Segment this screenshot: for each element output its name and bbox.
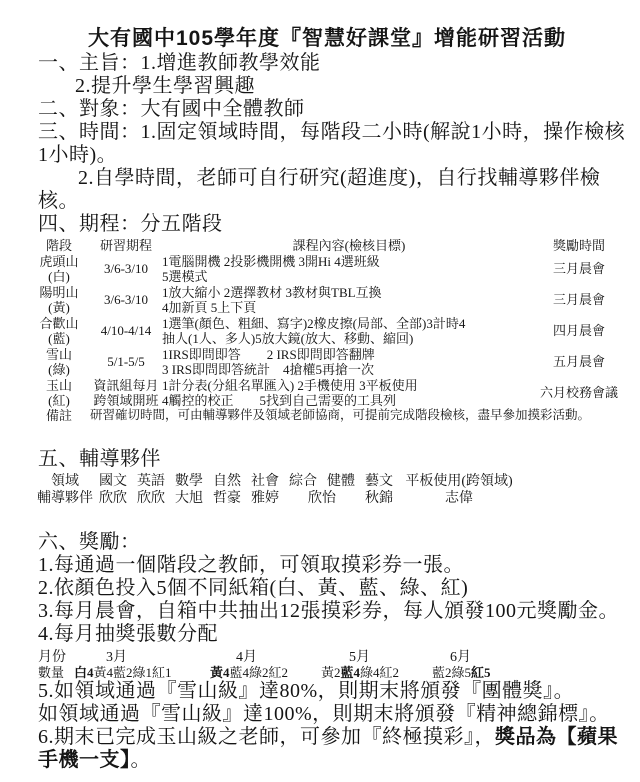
quantity-token: 黃2 — [321, 665, 341, 680]
period-cell: 3/6-3/10 — [90, 253, 162, 284]
content-cell: 1IRS即問即答 2 IRS即問即答翻牌3 IRS即問即答統計 4搶權5再搶一次 — [162, 346, 536, 377]
quantity-token: 藍2綠5 — [432, 665, 471, 680]
quantity-token: 藍4 — [341, 665, 361, 680]
partner-name-cell: 哲豪 — [208, 490, 246, 507]
reward-item-2: 2.依顏色投入5個不同紙箱(白、黃、藍、綠、紅) — [38, 577, 616, 600]
quantity-token: 紅5 — [471, 665, 491, 680]
spacer — [38, 507, 616, 531]
content-cell: 1放大縮小 2選擇教材 3教材與TBL互換4加新頁 5上下頁 — [162, 284, 536, 315]
schedule-note-row: 備註 研習確切時間，可由輔導夥伴及領域老師協商，可提前完成階段檢核，盡早參加摸彩… — [28, 408, 622, 423]
partner-name-cell: 雅婷 — [246, 490, 284, 507]
cell-line: (黃) — [28, 300, 90, 315]
schedule-header-period: 研習期程 — [90, 238, 162, 253]
reward-cell: 五月晨會 — [536, 346, 622, 377]
cell-line: 3/6-3/10 — [90, 292, 162, 307]
cell-line: (白) — [28, 269, 90, 284]
domain-cell: 平板使用(跨領域) — [398, 473, 520, 490]
cell-line: 3 IRS即問即答統計 4搶權5再搶一次 — [162, 362, 536, 377]
spacer — [38, 423, 616, 448]
partner-name-cell: 志偉 — [398, 490, 520, 507]
purpose-line-2: 2.提升學生學習興趣 — [38, 75, 616, 98]
partners-table: 領域國文英語數學自然社會綜合健體藝文平板使用(跨領域)輔導夥伴欣欣欣欣大旭哲豪雅… — [36, 473, 520, 507]
partners-heading: 五、輔導夥伴 — [38, 448, 616, 471]
stage-cell: 雪山(綠) — [28, 346, 90, 377]
period-cell: 資訊組每月跨領域開班 — [90, 377, 162, 408]
schedule-table: 階段 研習期程 課程內容(檢核目標) 獎勵時間 虎頭山(白)3/6-3/101電… — [28, 238, 622, 423]
reward-cell: 六月校務會議 — [536, 377, 622, 408]
reward-item-6: 6.期末已完成玉山級之老師，可參加『終極摸彩』，獎品為【蘋果手機一支】。 — [38, 726, 623, 772]
partner-name-cell: 欣怡 — [284, 490, 360, 507]
domain-label: 領域 — [36, 473, 94, 490]
month-cell: 4月 — [210, 650, 321, 665]
cell-line: 虎頭山 — [28, 254, 90, 269]
cell-line: 玉山 — [28, 378, 90, 393]
quantity-token: 白4 — [74, 665, 94, 680]
quantity-token: 藍4綠2紅2 — [230, 665, 289, 680]
stage-cell: 陽明山(黃) — [28, 284, 90, 315]
schedule-row: 陽明山(黃)3/6-3/101放大縮小 2選擇教材 3教材與TBL互換4加新頁 … — [28, 284, 622, 315]
target-line: 二、對象：大有國中全體教師 — [38, 98, 616, 121]
cell-line: 1計分表(分組名單匯入) 2手機使用 3平板使用 — [162, 378, 536, 393]
cell-line: 抽人(1人、多人)5放大鏡(放大、移動、縮回) — [162, 331, 536, 346]
cell-line: 4/10-4/14 — [90, 323, 162, 338]
quantity-cell: 黃2藍4綠4紅2 — [321, 665, 432, 680]
cell-line: 陽明山 — [28, 285, 90, 300]
schedule-row: 玉山(紅)資訊組每月跨領域開班1計分表(分組名單匯入) 2手機使用 3平板使用4… — [28, 377, 622, 408]
partner-name-cell: 大旭 — [170, 490, 208, 507]
month-label: 月份 — [38, 650, 74, 665]
purpose-line-1: 一、主旨：1.增進教師教學效能 — [38, 52, 616, 75]
reward-item-1: 1.每通過一個階段之教師，可領取摸彩券一張。 — [38, 554, 616, 577]
reward-item-5b: 如領域通過『雪山級』達100%，則期末將頒發『精神總錦標』。 — [38, 703, 616, 726]
partner-name-cell: 秋錦 — [360, 490, 398, 507]
schedule-header-stage: 階段 — [28, 238, 90, 253]
document-page: 大有國中105學年度『智慧好課堂』增能研習活動 一、主旨：1.增進教師教學效能 … — [0, 0, 640, 782]
quantity-token: 黃4 — [210, 665, 230, 680]
quantity-row: 數量 白4黃4藍2綠1紅1黃4藍4綠2紅2黃2藍4綠4紅2藍2綠5紅5 — [38, 665, 540, 680]
period-cell: 5/1-5/5 — [90, 346, 162, 377]
cell-line: (紅) — [28, 393, 90, 408]
partner-domain-row: 領域國文英語數學自然社會綜合健體藝文平板使用(跨領域) — [36, 473, 520, 490]
content-cell: 1電腦開機 2投影機開機 3開Hi 4選班級5選模式 — [162, 253, 536, 284]
month-row: 月份 3月4月5月6月 — [38, 650, 540, 665]
content-cell: 1計分表(分組名單匯入) 2手機使用 3平板使用4觸控的校正 5找到自己需要的工… — [162, 377, 536, 408]
domain-cell: 自然 — [208, 473, 246, 490]
stage-cell: 合歡山(藍) — [28, 315, 90, 346]
cell-line: 5/1-5/5 — [90, 354, 162, 369]
phase-line: 四、期程：分五階段 — [38, 213, 616, 236]
cell-line: 跨領域開班 — [90, 393, 162, 408]
reward-cell: 四月晨會 — [536, 315, 622, 346]
reward-item-4: 4.每月抽獎張數分配 — [38, 623, 616, 646]
cell-line: 5選模式 — [162, 269, 536, 284]
domain-cell: 英語 — [132, 473, 170, 490]
quantity-cell: 白4黃4藍2綠1紅1 — [74, 665, 210, 680]
partner-name-row: 輔導夥伴欣欣欣欣大旭哲豪雅婷欣怡秋錦志偉 — [36, 490, 520, 507]
cell-line: 3/6-3/10 — [90, 261, 162, 276]
quantity-cell: 黃4藍4綠2紅2 — [210, 665, 321, 680]
schedule-header-reward: 獎勵時間 — [536, 238, 622, 253]
partner-name-cell: 欣欣 — [132, 490, 170, 507]
domain-cell: 藝文 — [360, 473, 398, 490]
quantity-token: 黃4藍2綠1紅1 — [94, 665, 172, 680]
stage-cell: 虎頭山(白) — [28, 253, 90, 284]
domain-cell: 國文 — [94, 473, 132, 490]
reward-cell: 三月晨會 — [536, 253, 622, 284]
quantity-token: 綠4紅2 — [360, 665, 399, 680]
time-line-1: 三、時間：1.固定領域時間，每階段二小時(解說1小時，操作檢核 — [38, 121, 616, 144]
schedule-row: 虎頭山(白)3/6-3/101電腦開機 2投影機開機 3開Hi 4選班級5選模式… — [28, 253, 622, 284]
cell-line: 資訊組每月 — [90, 378, 162, 393]
schedule-row: 合歡山(藍)4/10-4/141選筆(顏色、粗細、寫字)2橡皮擦(局部、全部)3… — [28, 315, 622, 346]
reward-item-5a: 5.如領域通過『雪山級』達80%，則期末將頒發『團體獎』。 — [38, 680, 616, 703]
time-line-3: 2.自學時間，老師可自行研究(超進度)，自行找輔導夥伴檢 — [38, 167, 616, 190]
domain-cell: 健體 — [322, 473, 360, 490]
month-cell: 6月 — [432, 650, 540, 665]
reward-item-6-period: 。 — [131, 749, 152, 771]
cell-line: (綠) — [28, 362, 90, 377]
note-text: 研習確切時間，可由輔導夥伴及領域老師協商，可提前完成階段檢核，盡早參加摸彩活動。 — [90, 408, 622, 423]
document-title: 大有國中105學年度『智慧好課堂』增能研習活動 — [38, 26, 616, 52]
stage-cell: 玉山(紅) — [28, 377, 90, 408]
partner-label: 輔導夥伴 — [36, 490, 94, 507]
reward-item-3: 3.每月晨會，自箱中共抽出12張摸彩券，每人頒發100元獎勵金。 — [38, 600, 616, 623]
content-cell: 1選筆(顏色、粗細、寫字)2橡皮擦(局部、全部)3計時4抽人(1人、多人)5放大… — [162, 315, 536, 346]
reward-item-6-text: 6.期末已完成玉山級之老師，可參加『終極摸彩』， — [38, 726, 495, 748]
schedule-header-content: 課程內容(檢核目標) — [162, 238, 536, 253]
month-cell: 5月 — [321, 650, 432, 665]
reward-cell: 三月晨會 — [536, 284, 622, 315]
month-allocation-table: 月份 3月4月5月6月 數量 白4黃4藍2綠1紅1黃4藍4綠2紅2黃2藍4綠4紅… — [38, 650, 540, 680]
domain-cell: 社會 — [246, 473, 284, 490]
cell-line: 4觸控的校正 5找到自己需要的工具列 — [162, 393, 536, 408]
month-cell: 3月 — [74, 650, 210, 665]
schedule-header-row: 階段 研習期程 課程內容(檢核目標) 獎勵時間 — [28, 238, 622, 253]
quantity-cell: 藍2綠5紅5 — [432, 665, 540, 680]
period-cell: 3/6-3/10 — [90, 284, 162, 315]
cell-line: 合歡山 — [28, 316, 90, 331]
period-cell: 4/10-4/14 — [90, 315, 162, 346]
cell-line: 雪山 — [28, 347, 90, 362]
cell-line: (藍) — [28, 331, 90, 346]
time-line-4: 核。 — [38, 190, 616, 213]
cell-line: 1IRS即問即答 2 IRS即問即答翻牌 — [162, 347, 536, 362]
domain-cell: 綜合 — [284, 473, 322, 490]
cell-line: 4加新頁 5上下頁 — [162, 300, 536, 315]
quantity-label: 數量 — [38, 665, 74, 680]
rewards-heading: 六、獎勵： — [38, 531, 616, 554]
domain-cell: 數學 — [170, 473, 208, 490]
schedule-row: 雪山(綠)5/1-5/51IRS即問即答 2 IRS即問即答翻牌3 IRS即問即… — [28, 346, 622, 377]
note-label: 備註 — [28, 408, 90, 423]
cell-line: 1選筆(顏色、粗細、寫字)2橡皮擦(局部、全部)3計時4 — [162, 316, 536, 331]
cell-line: 1電腦開機 2投影機開機 3開Hi 4選班級 — [162, 254, 536, 269]
cell-line: 1放大縮小 2選擇教材 3教材與TBL互換 — [162, 285, 536, 300]
partner-name-cell: 欣欣 — [94, 490, 132, 507]
time-line-2: 1小時)。 — [38, 144, 616, 167]
